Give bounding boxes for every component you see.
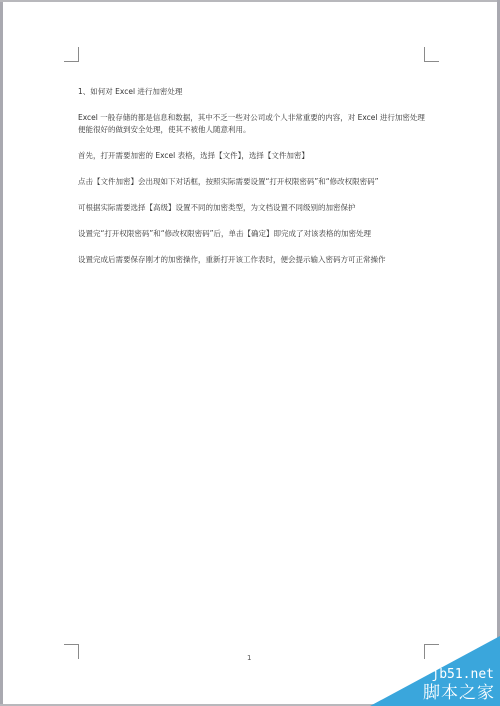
watermark-name: 脚本之家 xyxy=(423,678,495,703)
window-frame-left xyxy=(0,0,3,706)
paragraph: 首先，打开需要加密的 Excel 表格，选择【文件】，选择【文件加密】 xyxy=(78,150,428,162)
margin-mark-bottom-left xyxy=(64,644,79,659)
margin-mark-top-right xyxy=(424,47,439,62)
paragraph: 设置完“打开权限密码”和“修改权限密码”后，单击【确定】即完成了对该表格的加密处… xyxy=(78,228,428,240)
paragraph: 设置完成后需要保存刚才的加密操作，重新打开该工作表时，便会提示输入密码方可正常操… xyxy=(78,254,428,266)
document-body[interactable]: 1、如何对 Excel 进行加密处理 Excel 一般存储的都是信息和数据，其中… xyxy=(78,86,428,280)
paragraph: Excel 一般存储的都是信息和数据，其中不乏一些对公司或个人非常重要的内容，对… xyxy=(78,112,428,136)
paragraph: 可根据实际需要选择【高级】设置不同的加密类型，为文档设置不同级别的加密保护 xyxy=(78,202,428,214)
page-number: 1 xyxy=(247,654,251,662)
paragraph: 点击【文件加密】会出现如下对话框，按照实际需要设置“打开权限密码”和“修改权限密… xyxy=(78,176,428,188)
document-heading: 1、如何对 Excel 进行加密处理 xyxy=(78,86,428,98)
watermark: jb51.net 脚本之家 xyxy=(370,630,500,706)
window-frame-top xyxy=(0,0,500,2)
margin-mark-top-left xyxy=(64,47,79,62)
